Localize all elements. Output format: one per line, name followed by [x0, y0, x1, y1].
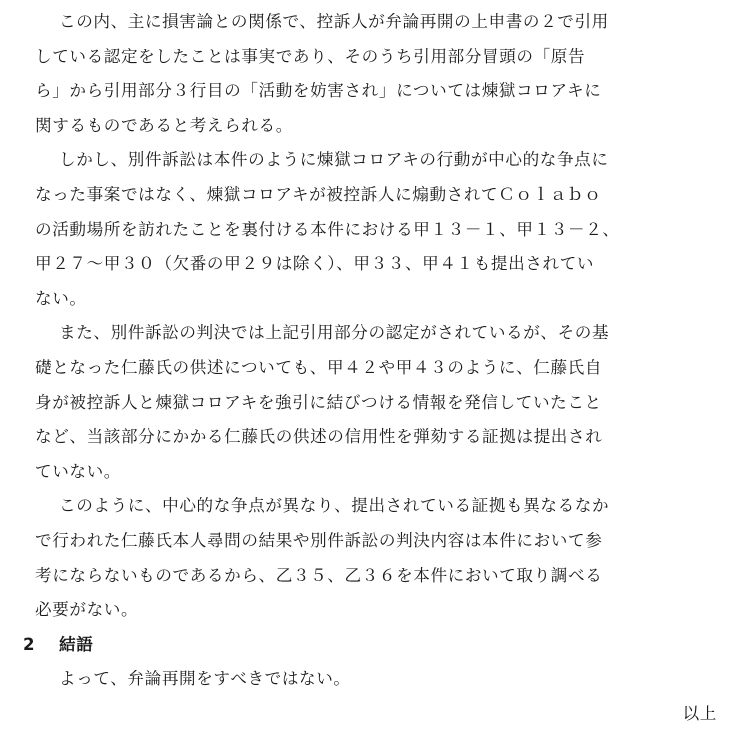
text-line: しかし、別件訴訟は本件のように煉獄コロアキの行動が中心的な争点に: [35, 143, 725, 178]
text-line: など、当該部分にかかる仁藤氏の供述の信用性を弾劾する証拠は提出され: [35, 420, 725, 455]
text-line: 必要がない。: [35, 593, 725, 628]
section-number: 2: [23, 628, 59, 663]
text-line: の活動場所を訪れたことを裏付ける本件における甲１３－１、甲１３－２、: [35, 213, 725, 248]
paragraph-evidence-not-needed: このように、中心的な争点が異なり、提出されている証拠も異なるなか で行われた仁藤…: [35, 489, 725, 627]
text-line: 考にならないものであるから、乙３５、乙３６を本件において取り調べる: [35, 559, 725, 594]
text-line: また、別件訴訟の判決では上記引用部分の認定がされているが、その基: [35, 316, 725, 351]
text-line: 礎となった仁藤氏の供述についても、甲４２や甲４３のように、仁藤氏自: [35, 351, 725, 386]
section-heading: 2結語: [23, 628, 713, 663]
text-line: している認定をしたことは事実であり、そのうち引用部分冒頭の「原告: [35, 40, 725, 75]
text-line: で行われた仁藤氏本人尋問の結果や別件訴訟の判決内容は本件において参: [35, 524, 725, 559]
section-title: 結語: [59, 635, 93, 654]
text-line: ない。: [35, 282, 725, 317]
text-line: この内、主に損害論との関係で、控訴人が弁論再開の上申書の２で引用: [35, 5, 725, 40]
paragraph-separate-lawsuit: しかし、別件訴訟は本件のように煉獄コロアキの行動が中心的な争点に なった事案では…: [35, 143, 725, 316]
text-line: ていない。: [35, 455, 725, 490]
text-line: 身が被控訴人と煉獄コロアキを強引に結びつける情報を発信していたこと: [35, 386, 725, 421]
conclusion-text: よって、弁論再開をすべきではない。: [35, 662, 725, 697]
paragraph-judgment-testimony: また、別件訴訟の判決では上記引用部分の認定がされているが、その基 礎となった仁藤…: [35, 316, 725, 489]
text-line: このように、中心的な争点が異なり、提出されている証拠も異なるなか: [35, 489, 725, 524]
text-line: なった事案ではなく、煉獄コロアキが被控訴人に煽動されてＣｏｌａｂｏ: [35, 178, 725, 213]
paragraph-damages-theory: この内、主に損害論との関係で、控訴人が弁論再開の上申書の２で引用 している認定を…: [35, 5, 725, 143]
text-line: ら」から引用部分３行目の「活動を妨害され」については煉獄コロアキに: [35, 74, 725, 109]
document-page: この内、主に損害論との関係で、控訴人が弁論再開の上申書の２で引用 している認定を…: [35, 5, 725, 731]
closing-mark: 以上: [35, 697, 725, 732]
text-line: 関するものであると考えられる。: [35, 109, 725, 144]
text-line: 甲２７～甲３０（欠番の甲２９は除く）、甲３３、甲４１も提出されてい: [35, 247, 725, 282]
